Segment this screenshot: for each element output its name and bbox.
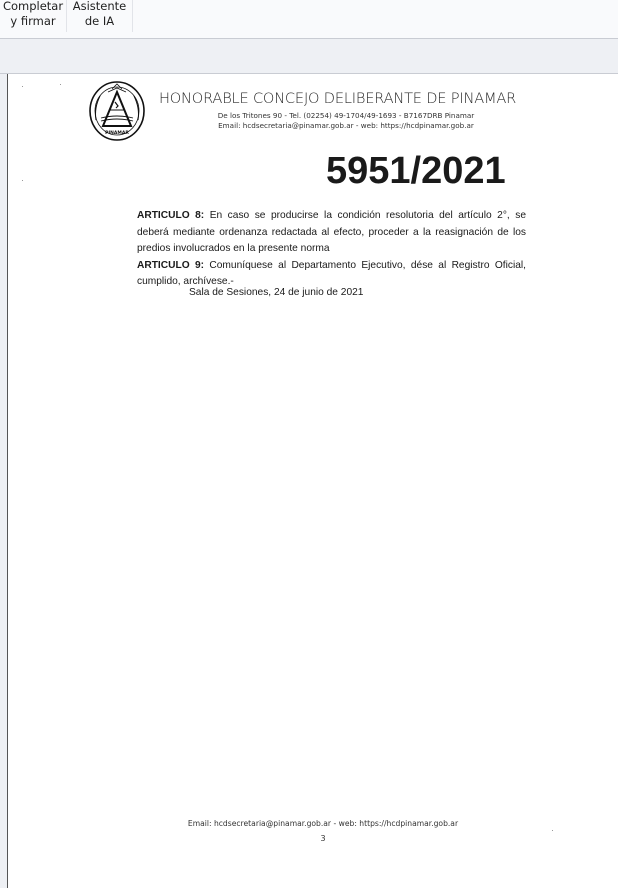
complete-and-sign-label-1: Completar [3, 0, 63, 14]
article-8-label: ARTICULO 8: [137, 210, 204, 221]
document-viewer[interactable]: PINAMAR HONORABLE CONCEJO DELIBERANTE DE… [0, 74, 618, 888]
scan-artifact [22, 86, 23, 87]
institution-contact: Email: hcdsecretaria@pinamar.gob.ar - we… [159, 121, 533, 130]
institution-address: De los Tritones 90 - Tel. (02254) 49-170… [159, 111, 533, 120]
ordinance-number: 5951/2021 [326, 150, 506, 193]
footer-contact: Email: hcdsecretaria@pinamar.gob.ar - we… [168, 819, 478, 828]
svg-text:PINAMAR: PINAMAR [105, 130, 129, 136]
municipal-seal-icon: PINAMAR [88, 80, 146, 142]
article-9-label: ARTICULO 9: [137, 260, 204, 271]
scan-artifact [552, 830, 553, 831]
closing-line: Sala de Sesiones, 24 de junio de 2021 [189, 287, 363, 298]
ai-assistant-label-2: de IA [73, 14, 127, 29]
institution-name: HONORABLE CONCEJO DELIBERANTE DE PINAMAR [159, 90, 519, 107]
ai-assistant-button[interactable]: Asistente de IA [67, 0, 133, 32]
complete-and-sign-button[interactable]: Completar y firmar [0, 0, 67, 32]
secondary-toolbar [0, 39, 618, 74]
complete-and-sign-label-2: y firmar [3, 14, 63, 29]
page-number: 3 [313, 834, 333, 843]
document-body: ARTICULO 8: En caso se producirse la con… [137, 208, 526, 291]
ai-assistant-label-1: Asistente [73, 0, 127, 14]
scan-artifact [60, 84, 61, 85]
article-9: ARTICULO 9: Comuníquese al Departamento … [137, 258, 526, 291]
document-page: PINAMAR HONORABLE CONCEJO DELIBERANTE DE… [7, 74, 618, 888]
scan-artifact [22, 180, 23, 181]
article-8: ARTICULO 8: En caso se producirse la con… [137, 208, 526, 258]
toolbar: Completar y firmar Asistente de IA [0, 0, 618, 39]
